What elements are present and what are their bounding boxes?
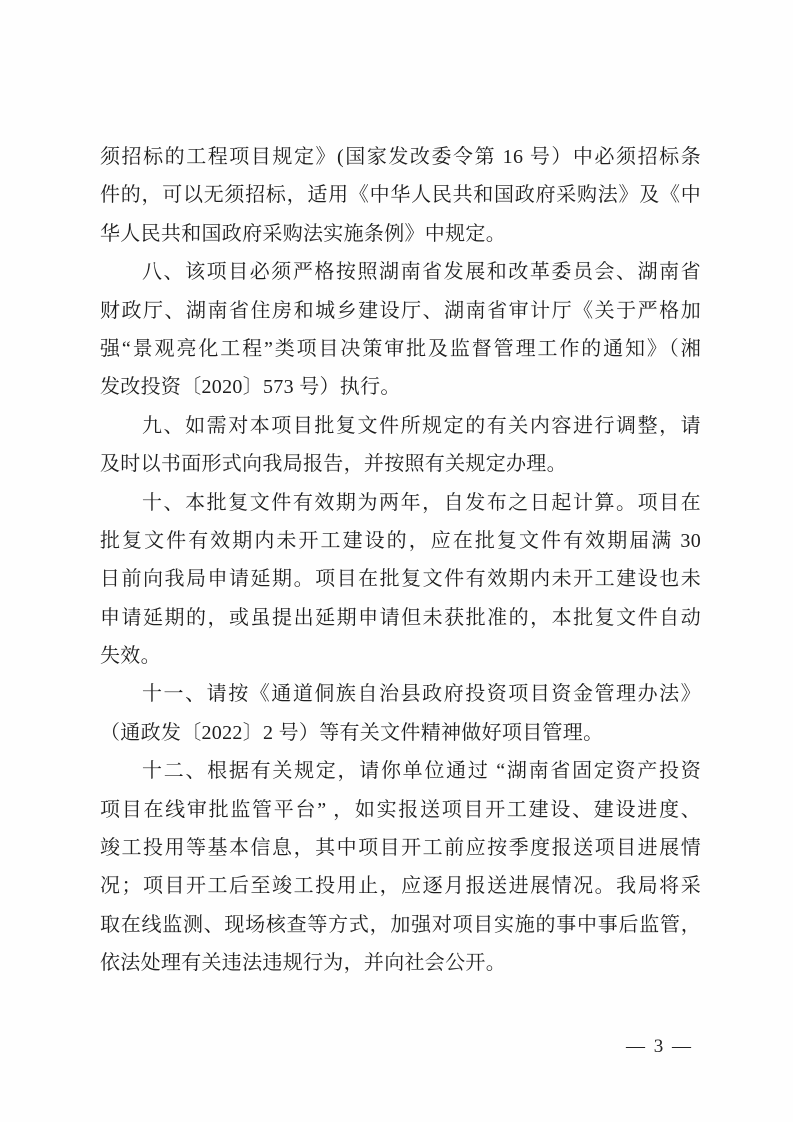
text-line: 九、如需对本项目批复文件所规定的有关内容进行调整，请 xyxy=(100,407,701,445)
text-line: 强“景观亮化工程”类项目决策审批及监督管理工作的通知》（湘 xyxy=(100,330,701,368)
text-line: 取在线监测、现场核查等方式，加强对项目实施的事中事后监管， xyxy=(100,906,701,944)
text-line: 件的，可以无须招标，适用《中华人民共和国政府采购法》及《中 xyxy=(100,176,701,214)
text-line: 批复文件有效期内未开工建设的，应在批复文件有效期届满 30 xyxy=(100,522,701,560)
document-body: 须招标的工程项目规定》(国家发改委令第 16 号）中必须招标条件的，可以无须招标… xyxy=(100,138,701,983)
text-line: 十一、请按《通道侗族自治县政府投资项目资金管理办法》 xyxy=(100,675,701,713)
text-line: 项目在线审批监管平台” ，如实报送项目开工建设、建设进度、 xyxy=(100,791,701,829)
text-line: 十二、根据有关规定，请你单位通过 “湖南省固定资产投资 xyxy=(100,752,701,790)
document-page: 须招标的工程项目规定》(国家发改委令第 16 号）中必须招标条件的，可以无须招标… xyxy=(0,0,793,1122)
text-line: 依法处理有关违法违规行为，并向社会公开。 xyxy=(100,944,701,982)
text-line: 况；项目开工后至竣工投用止，应逐月报送进展情况。我局将采 xyxy=(100,867,701,905)
text-line: 发改投资〔2020〕573 号）执行。 xyxy=(100,368,701,406)
text-line: 八、该项目必须严格按照湖南省发展和改革委员会、湖南省 xyxy=(100,253,701,291)
text-line: 华人民共和国政府采购法实施条例》中规定。 xyxy=(100,215,701,253)
text-line: 十、本批复文件有效期为两年，自发布之日起计算。项目在 xyxy=(100,484,701,522)
text-line: 须招标的工程项目规定》(国家发改委令第 16 号）中必须招标条 xyxy=(100,138,701,176)
page-number: — 3 — xyxy=(626,1036,693,1058)
text-line: 竣工投用等基本信息，其中项目开工前应按季度报送项目进展情 xyxy=(100,829,701,867)
text-line: （通政发〔2022〕2 号）等有关文件精神做好项目管理。 xyxy=(100,714,701,752)
text-line: 日前向我局申请延期。项目在批复文件有效期内未开工建设也未 xyxy=(100,560,701,598)
text-line: 财政厅、湖南省住房和城乡建设厅、湖南省审计厅《关于严格加 xyxy=(100,292,701,330)
text-line: 申请延期的，或虽提出延期申请但未获批准的，本批复文件自动 xyxy=(100,599,701,637)
text-line: 及时以书面形式向我局报告，并按照有关规定办理。 xyxy=(100,445,701,483)
text-line: 失效。 xyxy=(100,637,701,675)
